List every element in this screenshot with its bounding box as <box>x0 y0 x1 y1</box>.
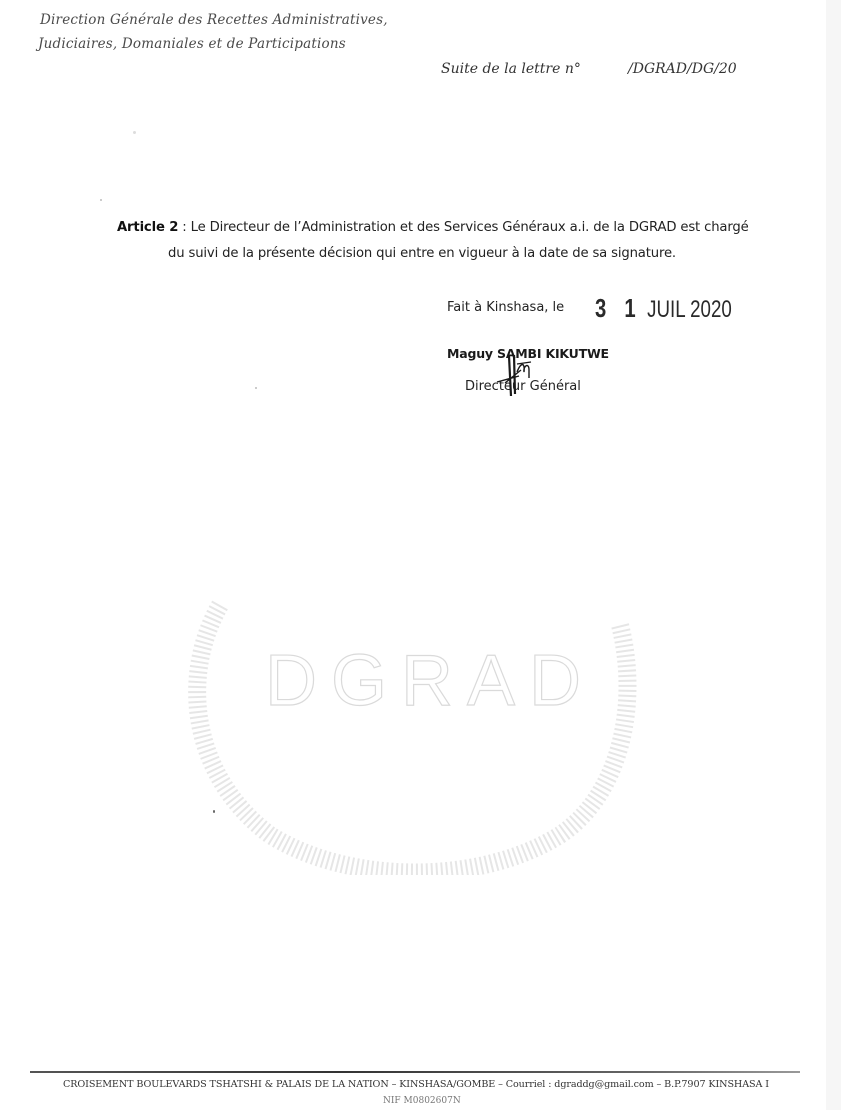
article-line-1: Article 2 : Le Directeur de l’Administra… <box>117 215 767 241</box>
letter-reference: Suite de la lettre n° /DGRAD/DG/20 <box>441 61 771 77</box>
footer-divider <box>30 1071 800 1073</box>
place-and-date-label: Fait à Kinshasa, le <box>447 300 564 315</box>
article-label: Article 2 <box>117 220 178 235</box>
scan-speck <box>100 199 102 201</box>
date-stamp-day: 3 1 <box>595 293 642 323</box>
faded-official-seal <box>180 585 640 875</box>
article-separator: : <box>178 220 190 235</box>
scan-edge <box>826 0 841 1110</box>
date-stamp-month-year: JUIL 2020 <box>647 296 732 323</box>
letterhead: Direction Générale des Recettes Administ… <box>40 8 388 56</box>
reference-suffix: /DGRAD/DG/20 <box>628 61 737 77</box>
scan-speck <box>255 387 257 389</box>
article-text-1: Le Directeur de l’Administration et des … <box>191 220 749 235</box>
letterhead-line-2: Judiciaires, Domaniales et de Participat… <box>38 32 388 56</box>
seal-text: DGRAD <box>265 640 595 722</box>
reference-prefix: Suite de la lettre n° <box>441 61 581 77</box>
footer-tax-id: NIF M0802607N <box>383 1096 461 1110</box>
scan-speck <box>133 131 136 134</box>
article-2: Article 2 : Le Directeur de l’Administra… <box>117 215 767 267</box>
date-stamp: 3 1 JUIL 2020 <box>595 293 732 324</box>
letterhead-line-1: Direction Générale des Recettes Administ… <box>40 8 388 32</box>
article-line-2: du suivi de la présente décision qui ent… <box>117 241 767 267</box>
handwritten-signature <box>495 352 545 400</box>
footer-address: CROISEMENT BOULEVARDS TSHATSHI & PALAIS … <box>63 1079 769 1090</box>
document-page: Direction Générale des Recettes Administ… <box>0 0 826 1110</box>
